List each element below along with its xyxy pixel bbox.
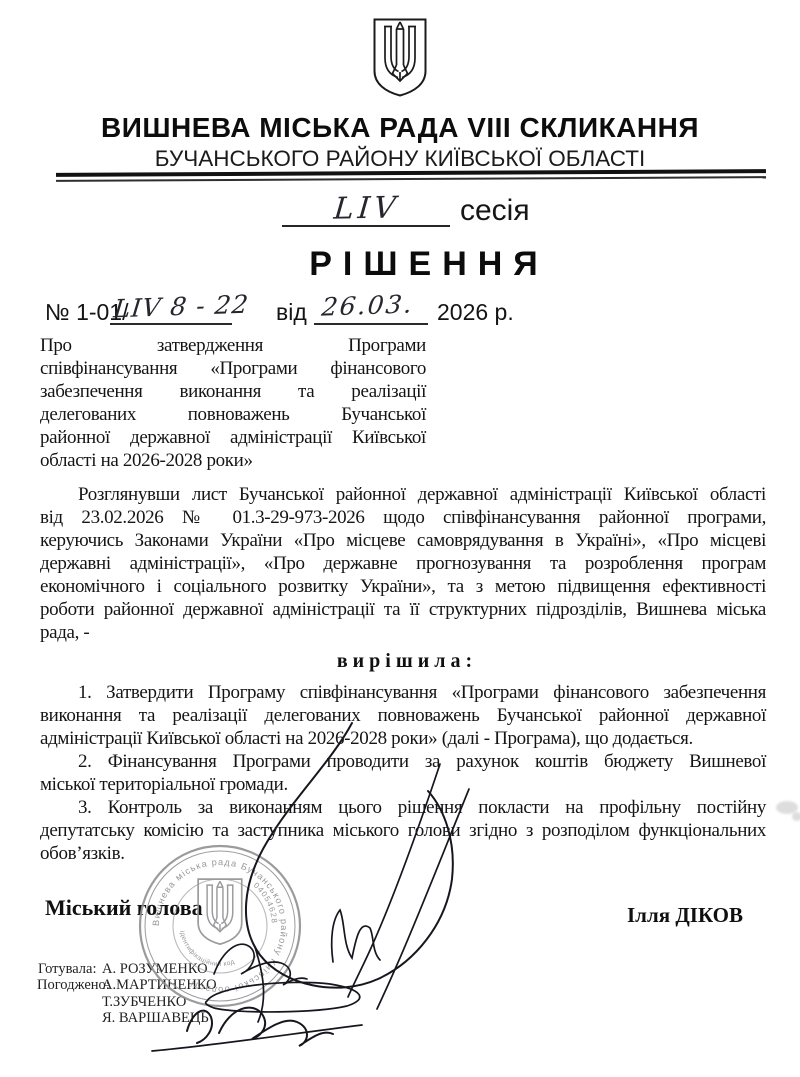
text-line: області на 2026-2028 роки»: [40, 449, 426, 472]
scanned-decision-document: ВИШНЕВА МІСЬКА РАДА VIII СКЛИКАННЯ БУЧАН…: [0, 0, 800, 1077]
text-line: Про затвердження Програми: [40, 334, 426, 357]
text-line: від 23.02.2026 № 01.3-29-973-2026 щодо с…: [40, 506, 766, 529]
text-line: забезпечення виконання та реалізації: [40, 380, 426, 403]
svg-text:ідентифікаційний код: ідентифікаційний код: [178, 930, 235, 968]
text-line: роботи районної державної адміністрації …: [40, 598, 766, 621]
text-line: міської територіальної громади.: [40, 773, 766, 796]
text-line: 3. Контроль за виконанням цього рішення …: [40, 796, 766, 819]
decision-item-2: 2. Фінансування Програми проводити за ра…: [40, 750, 766, 796]
text-line: економічного і соціального розвитку Укра…: [40, 575, 766, 598]
text-line: районної державної адміністрації Київськ…: [40, 426, 426, 449]
doc-title: РІШЕННЯ: [0, 245, 800, 284]
ref-date-underline: [314, 323, 428, 325]
text-line: співфінансування «Програми фінансового: [40, 357, 426, 380]
decision-items: 1. Затвердити Програму співфінансування …: [40, 681, 766, 865]
decision-item-1: 1. Затвердити Програму співфінансування …: [40, 681, 766, 750]
text-line: рада, -: [40, 621, 766, 644]
text-line: 1. Затвердити Програму співфінансування …: [40, 681, 766, 704]
stamp-inner-text: ідентифікаційний код: [178, 930, 235, 968]
mayor-name: Ілля ДІКОВ: [627, 903, 743, 928]
session-number-handwritten: LIV: [332, 190, 401, 226]
text-line: Розглянувши лист Бучанської районної дер…: [40, 483, 766, 506]
text-line: державні адміністрації», «Про державне п…: [40, 552, 766, 575]
text-line: 2. Фінансування Програми проводити за ра…: [40, 750, 766, 773]
text-line: делегованих повноважень Бучанської: [40, 403, 426, 426]
official-stamp: Вишнева міська рада Бучанського району К…: [136, 842, 304, 1010]
session-label: сесія: [460, 194, 530, 228]
ref-date-handwritten: 26.03.: [320, 289, 415, 321]
council-region: БУЧАНСЬКОГО РАЙОНУ КИЇВСЬКОЇ ОБЛАСТІ: [0, 145, 800, 172]
ref-vid-label: від: [276, 299, 307, 326]
ref-year: 2026 р.: [437, 299, 514, 326]
prepared-label: Готувала:: [38, 961, 96, 977]
council-name: ВИШНЕВА МІСЬКА РАДА VIII СКЛИКАННЯ: [0, 111, 800, 145]
text-line: керуючись Законами України «Про місцеве …: [40, 529, 766, 552]
ref-number-underline: [110, 323, 232, 325]
scan-smudge: [792, 812, 800, 821]
agreed-name: Я. ВАРШАВЕЦЬ: [102, 1010, 209, 1026]
stamp-trident-icon: [198, 879, 242, 944]
text-line: адміністрації Київської області на 2026-…: [40, 727, 766, 750]
text-line: депутатську комісію та заступника місько…: [40, 819, 766, 842]
ref-number-handwritten: LIV 8 - 22: [112, 290, 250, 324]
text-line: виконання та реалізації делегованих повн…: [40, 704, 766, 727]
subject-paragraph: Про затвердження Програмиспівфінансуванн…: [40, 334, 426, 472]
resolution-word: вирішила:: [0, 650, 800, 673]
preamble-paragraph: Розглянувши лист Бучанської районної дер…: [40, 483, 766, 644]
agreed-label: Погоджено:: [37, 977, 110, 993]
trident-emblem-icon: [372, 17, 428, 97]
